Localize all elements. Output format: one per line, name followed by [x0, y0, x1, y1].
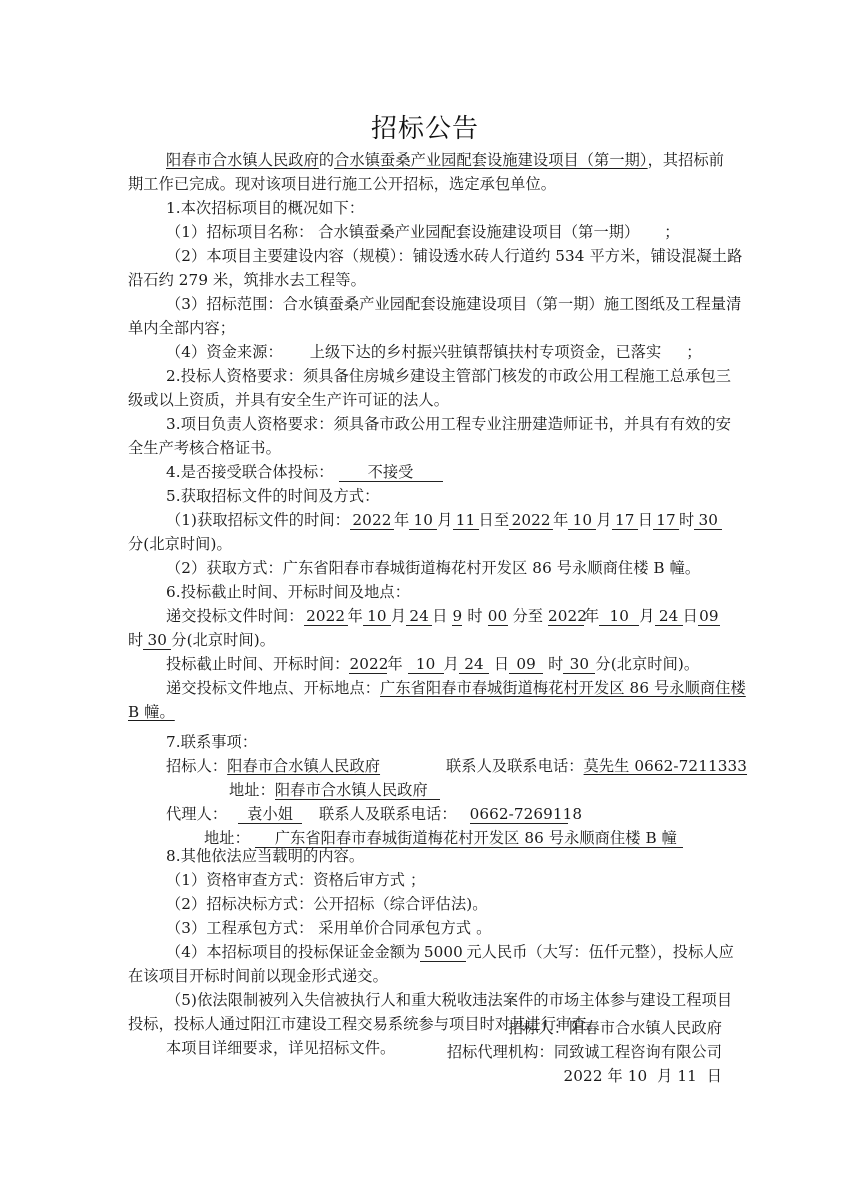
- sec1-item1-label: （1）招标项目名称：: [166, 223, 313, 241]
- sec6-end-minute: 30: [143, 631, 171, 650]
- intro-of: 的: [319, 151, 334, 169]
- sec5-end-month: 10: [568, 511, 596, 530]
- sec6-start-minute: 00: [488, 607, 508, 626]
- sec7-contact-label: 联系人及联系电话：: [446, 757, 584, 775]
- sec7-agent-contact-label: 联系人及联系电话：: [319, 805, 457, 823]
- sec1-item4-value: 上级下达的乡村振兴驻镇帮镇扶村专项资金，已落实: [310, 343, 662, 361]
- sec4: 4.是否接受联合体投标： 不接受: [166, 460, 766, 484]
- sec1-item4-end: ；: [686, 343, 701, 361]
- sec6-deadline: 投标截止时间、开标时间：2022年 10月24 日09 时30分(北京时间)。: [166, 652, 766, 676]
- sec6-end-year: 2022: [548, 607, 584, 626]
- intro-rest: ，其招标前: [648, 151, 724, 169]
- sec6-deadline-minute: 30: [563, 655, 595, 674]
- sec5-time-label: （1)获取招标文件的时间：: [166, 511, 350, 529]
- sec5-start-year: 2022: [350, 511, 394, 530]
- signature-date: 2022 年 10 月 11 日: [122, 1064, 722, 1088]
- sec5-end-minute: 30: [694, 511, 722, 530]
- sec8-item3: （3）工程承包方式： 采用单价合同承包方式 。: [166, 916, 766, 940]
- sec7-tenderer-address: 地址：阳春市合水镇人民政府: [229, 778, 829, 802]
- sec1-item4: （4）资金来源： 上级下达的乡村振兴驻镇帮镇扶村专项资金，已落实 ；: [166, 340, 766, 364]
- sec5-end-year: 2022: [509, 511, 553, 530]
- sec6-deadline-day: 24: [459, 655, 489, 674]
- sec7-heading: 7.联系事项：: [166, 730, 766, 754]
- signature-agency: 招标代理机构：同致诚工程咨询有限公司: [122, 1040, 722, 1064]
- sec5-end-hour: 17: [653, 511, 679, 530]
- sec8-heading: 8.其他依法应当载明的内容。: [166, 844, 766, 868]
- sec6-place-value-2: B 幢。: [128, 703, 175, 721]
- sec1-item3-line1: （3）招标范围：合水镇蚕桑产业园配套设施建设项目（第一期）施工图纸及工程量清: [166, 292, 766, 316]
- sec7-agent: 代理人： 袁小姐 联系人及联系电话： 0662-7269118: [166, 802, 766, 826]
- sec7-agent-phone: 0662-7269118: [470, 805, 568, 824]
- sec8-deposit-amount: 5000: [420, 943, 466, 962]
- sec6-submit-time: 递交投标文件时间：2022年10月24日 9 时 00 分至 2022年10月2…: [166, 604, 766, 628]
- sec6-tz: 分(北京时间)。: [171, 631, 275, 649]
- sec6-deadline-year: 2022: [349, 655, 387, 674]
- sec7-tenderer-label: 招标人：: [166, 757, 227, 775]
- document-title: 招标公告: [0, 108, 850, 145]
- sec6-deadline-month: 10: [408, 655, 444, 674]
- sec8-item4-line2: 在该项目开标时间前以现金形式递交。: [128, 964, 728, 988]
- sec5-tz: 分(北京时间)。: [128, 532, 728, 556]
- document-page: 招标公告 阳春市合水镇人民政府的合水镇蚕桑产业园配套设施建设项目（第一期），其招…: [0, 0, 850, 1202]
- sec6-submit-label: 递交投标文件时间：: [166, 607, 304, 625]
- sec6-deadline-label: 投标截止时间、开标时间：: [166, 655, 349, 673]
- sec7-contact-value: 莫先生 0662-7211333: [584, 757, 747, 775]
- sec7-tenderer: 招标人：阳春市合水镇人民政府 联系人及联系电话：莫先生 0662-7211333: [166, 754, 766, 778]
- sec5-heading: 5.获取招标文件的时间及方式：: [166, 484, 766, 508]
- sec7-tenderer-contact: 联系人及联系电话：莫先生 0662-7211333: [446, 754, 747, 778]
- sec8-item1: （1）资格审查方式：资格后审方式 ；: [166, 868, 766, 892]
- sec5-start-month: 10: [409, 511, 437, 530]
- sec6-deadline-hour: 09: [509, 655, 543, 674]
- sec8-item4-pre: （4）本招标项目的投标保证金金额为: [166, 943, 420, 961]
- sec1-heading: 1.本次招标项目的概况如下：: [166, 196, 766, 220]
- sec5-method: （2）获取方式：广东省阳春市春城街道梅花村开发区 86 号永顺商住楼 B 幢。: [166, 556, 766, 580]
- sec1-item1-end: ；: [664, 223, 679, 241]
- sec6-deadline-tz: 分(北京时间)。: [595, 655, 699, 673]
- sec8-item5-line1: （5)依法限制被列入失信被执行人和重大税收违法案件的市场主体参与建设工程项目: [166, 988, 766, 1012]
- sec4-value: 不接受: [339, 463, 443, 482]
- intro-line-2: 期工作已完成。现对该项目进行施工公开招标，选定承包单位。: [128, 172, 728, 196]
- sec6-end-day: 24: [655, 607, 683, 626]
- sec8-item4-post: 元人民币（大写：伍仟元整），投标人应: [466, 943, 734, 961]
- sec5-end-day: 17: [612, 511, 638, 530]
- sec6-start-day: 24: [406, 607, 432, 626]
- sec3-line2: 全生产考核合格证书。: [128, 436, 728, 460]
- sec6-place-value: 广东省阳春市春城街道梅花村开发区 86 号永顺商住楼: [380, 679, 746, 697]
- sec7-agent-value: 袁小姐: [238, 805, 302, 824]
- sec7-agent-label: 代理人：: [166, 805, 227, 823]
- sec8-item4: （4）本招标项目的投标保证金金额为5000元人民币（大写：伍仟元整），投标人应: [166, 940, 766, 964]
- sec6-place: 递交投标文件地点、开标地点：广东省阳春市春城街道梅花村开发区 86 号永顺商住楼: [166, 676, 766, 700]
- intro-line-1: 阳春市合水镇人民政府的合水镇蚕桑产业园配套设施建设项目（第一期），其招标前: [166, 148, 766, 172]
- sec1-item1-value: 合水镇蚕桑产业园配套设施建设项目（第一期）: [318, 223, 639, 241]
- sec4-label: 4.是否接受联合体投标：: [166, 463, 334, 481]
- sec1-item3-line2: 单内全部内容；: [128, 316, 728, 340]
- sec6-end-hour: 09: [698, 607, 720, 626]
- sec5-time: （1)获取招标文件的时间：2022年10月11日至2022年10月17日17时3…: [166, 508, 766, 532]
- sec6-place-label: 递交投标文件地点、开标地点：: [166, 679, 380, 697]
- signature-tenderer: 招标人：阳春市合水镇人民政府: [122, 1016, 722, 1040]
- sec1-item4-label: （4）资金来源：: [166, 343, 283, 361]
- sec3-line1: 3.项目负责人资格要求：须具备市政公用工程专业注册建造师证书，并具有有效的安: [166, 412, 766, 436]
- sec6-heading: 6.投标截止时间、开标时间及地点：: [166, 580, 766, 604]
- sec1-item1: （1）招标项目名称： 合水镇蚕桑产业园配套设施建设项目（第一期） ；: [166, 220, 766, 244]
- sec6-end-month: 10: [599, 607, 639, 626]
- sec1-item2-line1: （2）本项目主要建设内容（规模）：铺设透水砖人行道约 534 平方米，铺设混凝土…: [166, 244, 766, 268]
- sec5-start-day: 11: [453, 511, 479, 530]
- sec2-line2: 级或以上资质，并具有安全生产许可证的法人。: [128, 388, 728, 412]
- sec8-item2: （2）招标决标方式：公开招标（综合评估法)。: [166, 892, 766, 916]
- sec2-line1: 2.投标人资格要求：须具备住房城乡建设主管部门核发的市政公用工程施工总承包三: [166, 364, 766, 388]
- intro-owner: 阳春市合水镇人民政府: [166, 151, 319, 169]
- sec6-start-month: 10: [363, 607, 391, 626]
- intro-project: 合水镇蚕桑产业园配套设施建设项目（第一期）: [334, 151, 647, 169]
- sec6-place-2: B 幢。: [128, 700, 728, 724]
- sec6-start-hour: 9: [452, 607, 462, 626]
- sec6-start-year: 2022: [304, 607, 348, 626]
- sec1-item2-line2: 沿石约 279 米，筑排水去工程等。: [128, 268, 728, 292]
- sec7-tenderer-value: 阳春市合水镇人民政府: [227, 757, 380, 775]
- sec7-address-value: 阳春市合水镇人民政府: [275, 781, 440, 800]
- sec7-address-label: 地址：: [229, 781, 275, 799]
- sec6-submit-time-2: 时30分(北京时间)。: [128, 628, 728, 652]
